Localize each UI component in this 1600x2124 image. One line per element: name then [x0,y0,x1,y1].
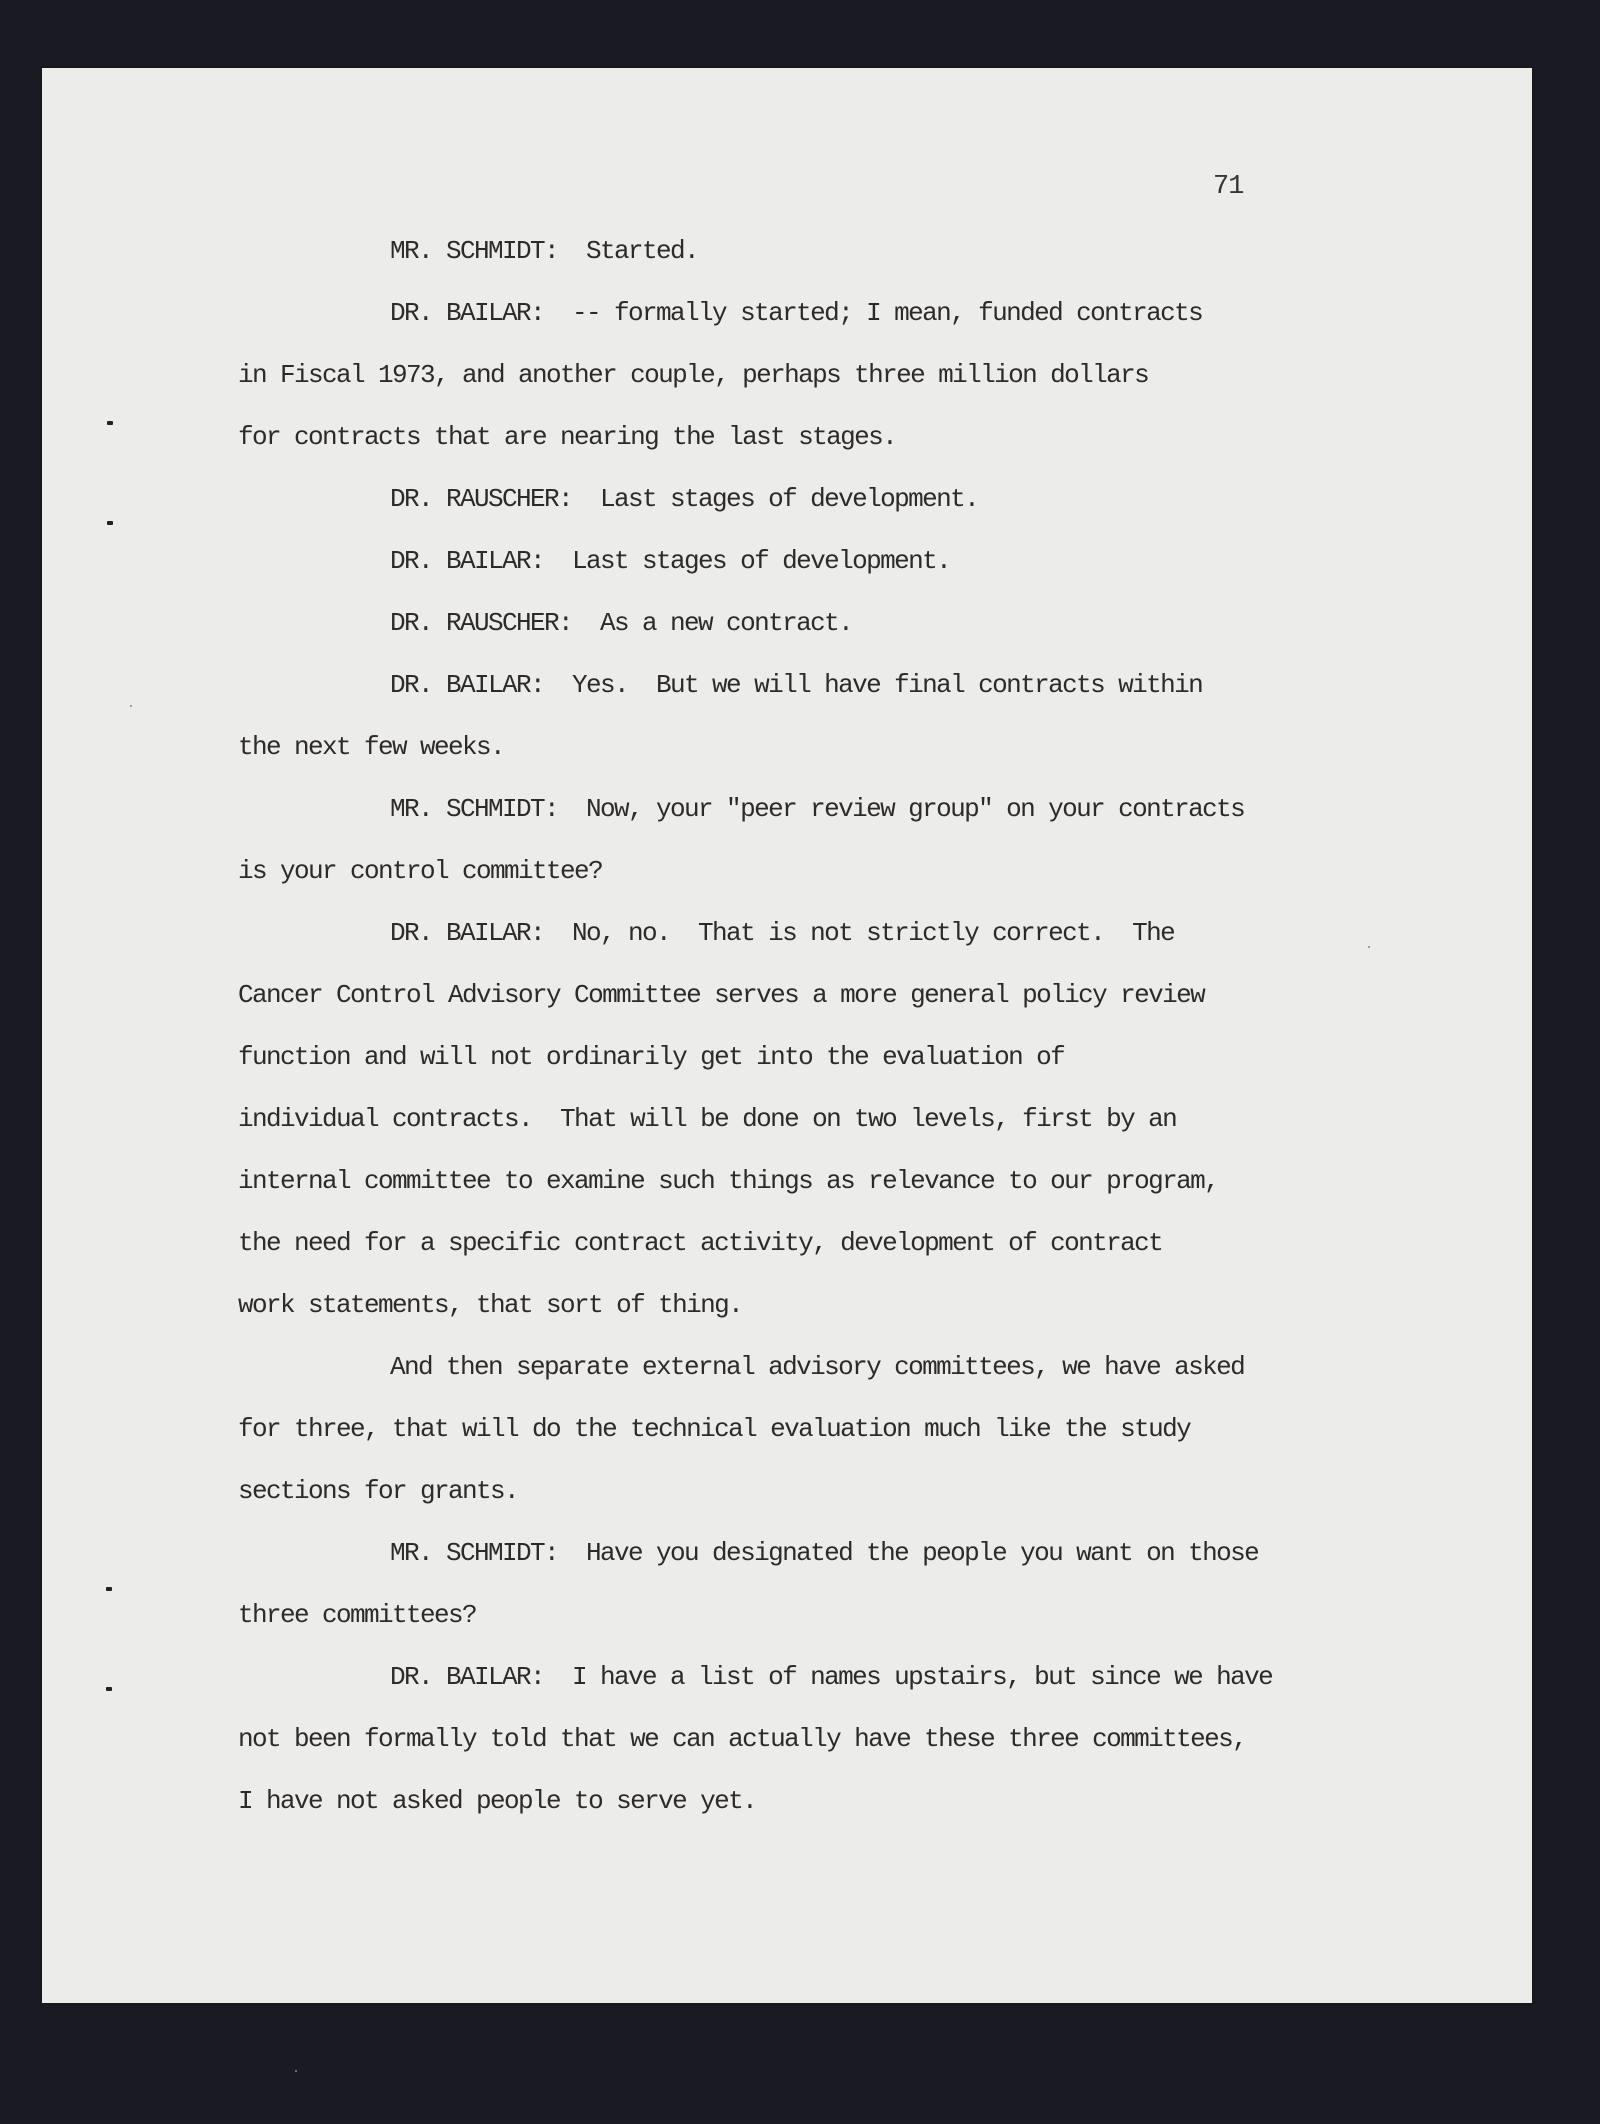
transcript-line: DR. RAUSCHER: As a new contract. [390,608,852,638]
transcript-line: DR. BAILAR: I have a list of names upsta… [390,1662,1272,1692]
transcript-line: work statements, that sort of thing. [238,1290,742,1320]
transcript-line: MR. SCHMIDT: Now, your "peer review grou… [390,794,1244,824]
transcript-line: is your control committee? [238,856,602,886]
transcript-line: not been formally told that we can actua… [238,1724,1246,1754]
paper-speck [295,2070,297,2072]
transcript-line: sections for grants. [238,1476,518,1506]
transcript-line: DR. RAUSCHER: Last stages of development… [390,484,978,514]
transcript-line: internal committee to examine such thing… [238,1166,1218,1196]
transcript-line: DR. BAILAR: No, no. That is not strictly… [390,918,1174,948]
margin-mark [107,421,113,425]
margin-mark [107,521,113,525]
transcript-line: for contracts that are nearing the last … [238,422,896,452]
paper-speck [1368,946,1370,948]
page-number: 71 [1213,172,1243,202]
transcript-line: function and will not ordinarily get int… [238,1042,1064,1072]
transcript-line: the need for a specific contract activit… [238,1228,1162,1258]
transcript-line: DR. BAILAR: Last stages of development. [390,546,950,576]
transcript-line: I have not asked people to serve yet. [238,1786,756,1816]
transcript-line: in Fiscal 1973, and another couple, perh… [238,360,1148,390]
margin-mark [106,1687,112,1691]
margin-mark [106,1587,112,1591]
document-page [42,68,1532,2003]
transcript-line: three committees? [238,1600,476,1630]
transcript-line: Cancer Control Advisory Committee serves… [238,980,1204,1010]
transcript-line: the next few weeks. [238,732,504,762]
transcript-line: MR. SCHMIDT: Started. [390,236,698,266]
transcript-line: MR. SCHMIDT: Have you designated the peo… [390,1538,1258,1568]
transcript-line: individual contracts. That will be done … [238,1104,1176,1134]
paper-speck [130,705,132,707]
transcript-line: And then separate external advisory comm… [390,1352,1244,1382]
transcript-line: for three, that will do the technical ev… [238,1414,1190,1444]
transcript-line: DR. BAILAR: Yes. But we will have final … [390,670,1202,700]
transcript-line: DR. BAILAR: -- formally started; I mean,… [390,298,1202,328]
